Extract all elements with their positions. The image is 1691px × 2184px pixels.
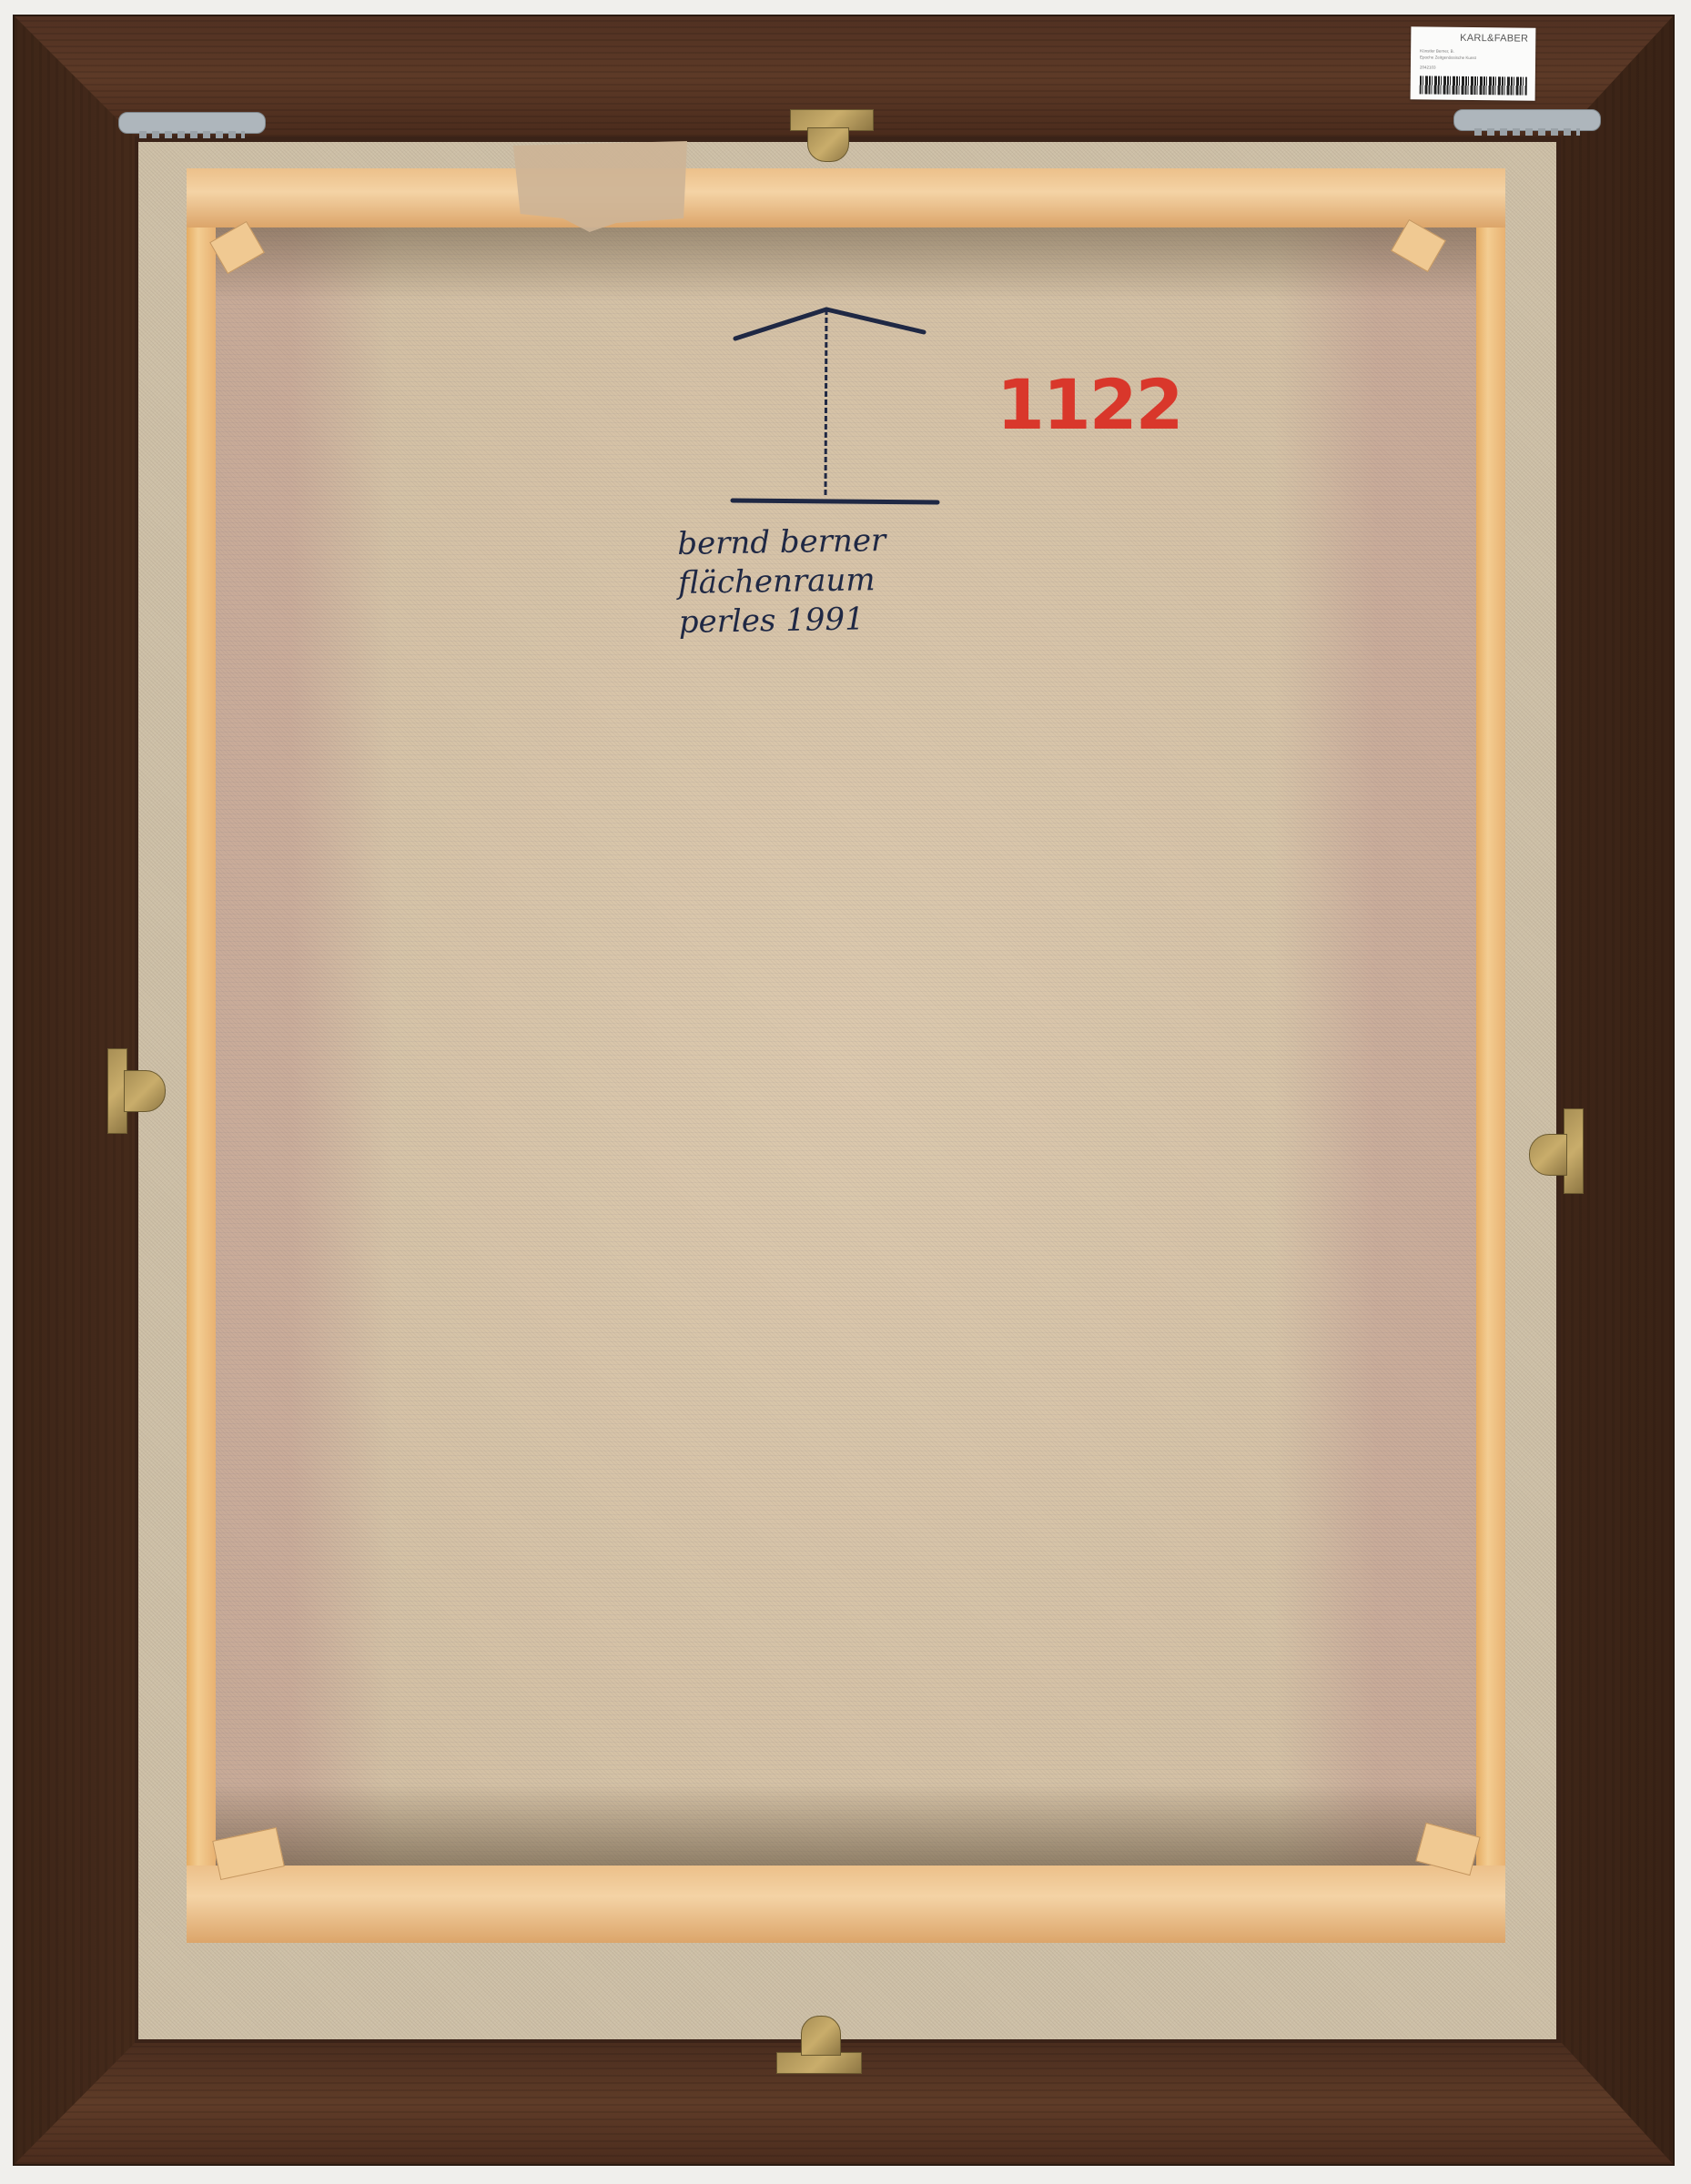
artist-inscription: bernd berner flächenraum perles 1991 <box>677 521 887 642</box>
hinge-left-tab <box>124 1070 166 1112</box>
stretcher-top <box>187 168 1505 227</box>
sawtooth-hanger-left <box>118 112 266 134</box>
inscription-line-title: flächenraum <box>678 561 887 603</box>
stretcher-left <box>187 168 216 1943</box>
ink-sketch <box>728 291 947 510</box>
hinge-top-tab <box>807 127 849 162</box>
canvas-shadow-bottom <box>216 1784 1476 1865</box>
barcode <box>1420 76 1527 95</box>
stretcher-bottom <box>187 1865 1505 1943</box>
inscription-line-artist: bernd berner <box>677 521 886 564</box>
stretcher-right <box>1476 168 1505 1943</box>
hinge-bottom-tab <box>801 2016 841 2056</box>
hinge-right-tab <box>1529 1134 1567 1176</box>
label-number: 2042103 <box>1420 65 1436 69</box>
canvas-shadow-top <box>216 227 1476 300</box>
sawtooth-hanger-right <box>1453 109 1601 131</box>
auction-house-name: KARL&FABER <box>1460 33 1528 45</box>
label-artist: Künstler Berner, B. <box>1420 48 1454 53</box>
auction-label: KARL&FABER Künstler Berner, B. Epoche Ze… <box>1411 26 1536 100</box>
inscription-line-place-date: perles 1991 <box>678 600 887 642</box>
lot-number: 1122 <box>997 364 1182 445</box>
label-epoch: Epoche Zeitgenössische Kunst <box>1420 55 1476 60</box>
